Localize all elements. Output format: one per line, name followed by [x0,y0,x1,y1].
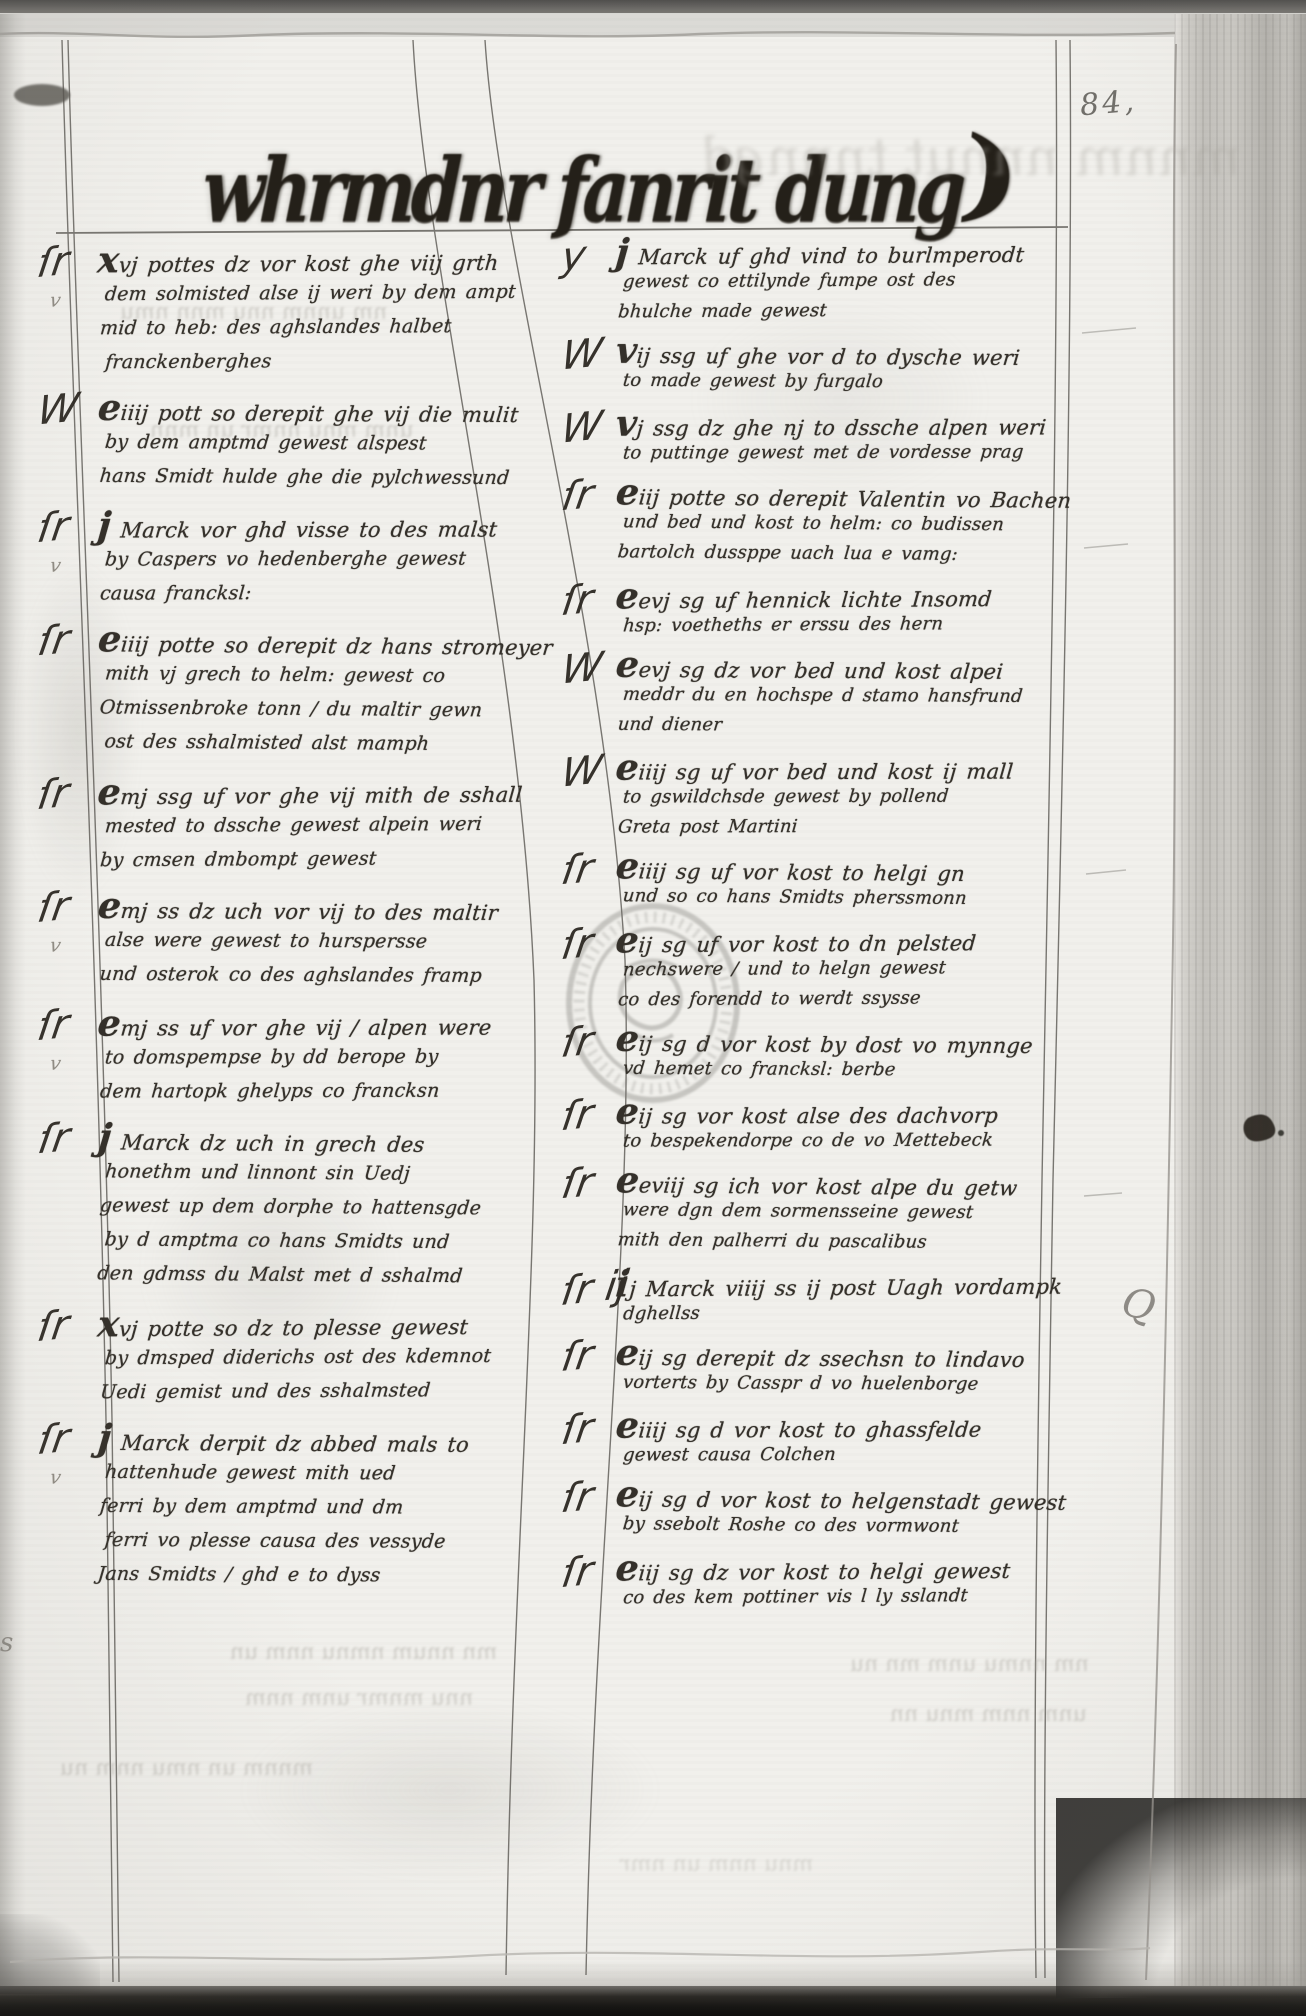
ledger-entry: ſr v emj ss dz uch vor vij to des maltir… [98,889,531,993]
script-line: were dgn dem sormensseine gewest [622,1195,1070,1228]
script-line: xvj potte so dz to plesse gewest [96,1305,531,1342]
entry-item-mark-icon: ſr [558,1091,596,1140]
bleed-through-heading: mnnm nnnut tnnngd [696,128,1246,188]
ledger-entry: ſr v xvj pottes dz vor kost ghe viij grt… [98,241,531,380]
script-line: ferri by dem amptmd und dm [98,1489,531,1525]
script-line: meddr du en hochspe d stamo hansfrund [622,680,1070,712]
ledger-entry: ſr eiiij sg uf vor kost to helgi gnund s… [616,851,1068,915]
script-line: eevj sg dz vor bed und kost alpei [615,650,1070,682]
entry-lines: eij sg vor kost alse des dachvorpto besp… [616,1095,1068,1156]
script-line: gewest co ettilynde fumpe ost des [622,265,1069,298]
script-line: eiiij potte so derepit dz hans stromeyer [97,622,532,659]
script-line: nechswere / und to helgn gewest [622,953,1069,986]
entry-lines: emj ss dz uch vor vij to des maltiralse … [98,889,531,993]
script-line: eij sg derepit dz ssechsn to lindavo [615,1338,1070,1370]
ledger-entry: ſr ij ij Marck viiij ss ij post Uagh vor… [616,1267,1068,1330]
entry-lines: j Marck dz uch in grech deshonethm und l… [97,1120,530,1293]
entry-lines: j Marck derpit dz abbed mals tohattenhud… [98,1421,531,1593]
entry-item-mark-icon: ſr [558,472,596,521]
entry-lines: eiiij sg d vor kost to ghassfeldegewest … [616,1409,1068,1470]
entry-item-mark-icon: ſr [558,576,595,625]
bleed-through-line: unm nnm mnu nn [888,1702,1088,1727]
script-line: emj ss dz uch vor vij to des maltir [97,889,532,925]
script-line: to bespekendorpe co de vo Mettebeck [622,1125,1070,1156]
paper-stain [240,1700,660,1880]
entry-item-mark-icon: ſr [34,883,72,932]
script-line: j Marck dz uch in grech des [97,1120,532,1157]
entry-lines: eij sg derepit dz ssechsn to lindavovort… [616,1338,1068,1400]
script-line: alse were gewest to hurspersse [103,923,531,959]
ledger-entry: ſr eij sg d vor kost to helgenstadt gewe… [616,1479,1068,1543]
scan-top-edge [0,0,1306,13]
script-line: eij sg vor kost alse des dachvorp [615,1095,1070,1126]
entry-lines: eiiij sg uf vor bed und kost ij mallto g… [616,751,1068,842]
ledger-entry: W vj ssg dz ghe nj to dssche alpen werit… [616,407,1068,468]
entry-lines: eij sg d vor kost by dost vo mynngevd he… [616,1024,1068,1086]
entry-item-mark-icon: ſr [558,1474,596,1523]
bleed-through-line: nnu mnmr unm nnm [243,1686,475,1711]
entry-item-mark-icon: W [558,330,605,380]
entry-lines: j Marck vor ghd visse to des malstby Cas… [98,507,530,610]
ledger-entry: ſr eiiij potte so derepit dz hans strome… [97,622,530,761]
script-line: ij Marck viiij ss ij post Uagh vordampk [615,1267,1069,1300]
script-line: den gdmss du Malst met d sshalmd [96,1256,531,1293]
ledger-entry: ſr v emj ss uf vor ghe vij / alpen weret… [98,1005,530,1108]
script-line: hattenhude gewest mith ued [104,1455,532,1491]
ledger-entry: ſr j Marck dz uch in grech deshonethm un… [97,1120,530,1293]
script-line: by cmsen dmbompt gewest [99,841,532,878]
ledger-entry: ſr eiiij sg d vor kost to ghassfeldegewe… [616,1409,1068,1470]
script-line: dem hartopk ghelyps co francksn [99,1073,532,1108]
script-line: j Marck vor ghd visse to des malst [96,507,531,542]
script-line: eiiij sg uf vor bed und kost ij mall [615,751,1070,782]
entry-check-mark-icon: v [48,935,63,957]
script-line: mested to dssche gewest alpein weri [104,807,532,844]
script-line: by dmsped diderichs ost des kdemnot [104,1339,532,1376]
script-line: to domspempse by dd berope by [104,1039,532,1074]
script-line: mith vj grech to helm: gewest co [104,656,532,693]
script-line: co des kem pottiner vis l ly sslandt [622,1581,1069,1614]
script-line: eij sg d vor kost to helgenstadt gewest [615,1479,1070,1513]
script-line: vij ssg uf ghe vor d to dysche weri [615,336,1070,368]
entry-item-mark-icon: ſr [34,1302,71,1351]
entry-lines: vj ssg dz ghe nj to dssche alpen werito … [616,407,1068,468]
script-line: eeviij sg ich vor kost alpe du getw [615,1165,1070,1199]
entry-lines: eiiij pott so derepit ghe vij die mulitb… [98,391,531,495]
stray-pen-mark: Q [1117,1279,1160,1332]
script-line: to gswildchsde gewest by pollend [622,781,1070,812]
script-line: emj ss uf vor ghe vij / alpen were [96,1005,531,1040]
ledger-entry: W eiiij pott so derepit ghe vij die muli… [98,391,531,495]
bottom-right-corner-shadow [1056,1798,1306,1998]
ledger-entry: ſr xvj potte so dz to plesse gewestby dm… [98,1305,531,1410]
paper-left-shadow [0,14,26,1988]
script-line: und bed und kost to helm: co budissen [622,507,1070,540]
script-line: Greta post Martini [617,811,1070,842]
fore-edge-line [1146,44,1176,1980]
paper-top-edge [0,13,1306,37]
script-line: eiiij pott so derepit ghe vij die mulit [97,391,532,427]
script-line: dem solmisted alse ij weri by dem ampt [104,275,532,312]
left-edge-note: s [0,1628,13,1658]
entry-lines: xvj pottes dz vor kost ghe viij grthdem … [98,241,531,380]
script-line: causa francksl: [99,575,532,610]
entry-check-mark-icon: v [48,555,63,577]
entry-lines: eij sg d vor kost to helgenstadt gewestb… [616,1479,1068,1543]
entry-item-mark-icon: y [558,232,588,280]
left-column: ſr v xvj pottes dz vor kost ghe viij grt… [98,242,530,1606]
script-line: Uedi gemist und des sshalmsted [99,1373,532,1410]
ledger-entry: W vij ssg uf ghe vor d to dysche werito … [616,336,1068,398]
script-line: mid to heb: des aghslandes halbet [99,309,532,346]
ledger-entry: W eiiij sg uf vor bed und kost ij mallto… [616,751,1068,842]
script-line: honethm und linnont sin Uedj [104,1154,532,1191]
entry-lines: emj ssg uf vor ghe vij mith de sshallmes… [98,773,531,878]
script-line: ferri vo plesse causa des vessyde [103,1523,531,1559]
entry-item-mark-icon: ſr [35,1415,73,1464]
ledger-entry: ſr eij sg d vor kost by dost vo mynngevd… [616,1024,1068,1086]
entry-item-mark-icon: ſr [558,1548,595,1597]
entry-item-mark-icon: ſr [558,1160,596,1209]
entry-lines: xvj potte so dz to plesse gewestby dmspe… [98,1305,531,1410]
entry-lines: eevj sg dz vor bed und kost alpeimeddr d… [616,650,1068,742]
entry-lines: eeviij sg ich vor kost alpe du getwwere … [616,1165,1069,1259]
entry-lines: j Marck uf ghd vind to burlmperodtgewest… [616,235,1069,328]
entry-item-mark-icon: W [34,385,81,435]
script-line: by ssebolt Roshe co des vormwont [621,1509,1069,1542]
ledger-entry: ſr v j Marck vor ghd visse to des malstb… [98,507,530,610]
script-line: eiiij sg uf vor kost to helgi gn [615,851,1070,885]
script-line: eiiij sg d vor kost to ghassfelde [615,1409,1070,1440]
entry-item-mark-icon: ſr [34,770,71,819]
ledger-entry: y j Marck uf ghd vind to burlmperodtgewe… [616,235,1069,328]
manuscript-scan: whrmdnr fanrit dung ) 84, mnnm nnnut tnn… [0,0,1306,2016]
entry-item-mark-icon: W [558,644,605,694]
entry-lines: emj ss uf vor ghe vij / alpen wereto dom… [98,1005,530,1108]
script-line: co des forendd to werdt ssysse [617,983,1069,1016]
entry-lines: eij sg uf vor kost to dn pelstednechswer… [616,923,1069,1016]
entry-lines: eevj sg uf hennick lichte Insomdhsp: voe… [616,579,1068,642]
entry-item-mark-icon: ſr [34,503,72,552]
script-line: j Marck derpit dz abbed mals to [97,1421,532,1457]
script-line: mith den palherri du pascalibus [616,1225,1069,1259]
script-line: j Marck uf ghd vind to burlmperodt [615,235,1069,268]
right-column: y j Marck uf ghd vind to burlmperodtgewe… [616,236,1068,1623]
bleed-through-line: mnnm un nmu nnm nu [58,1756,315,1781]
entry-lines: eiij potte so derepit Valentin vo Bachen… [616,477,1069,571]
entry-lines: eiiij sg uf vor kost to helgi gnund so c… [616,851,1068,915]
script-line: gewest up dem dorphe to hattensgde [98,1188,531,1225]
bleed-through-line: nm nnmu unm mn nu [848,1652,1090,1677]
entry-item-mark-icon: ſr [34,1001,72,1050]
ledger-entry: ſr eeviij sg ich vor kost alpe du getwwe… [616,1165,1069,1259]
entry-check-mark-icon: v [48,1467,63,1489]
script-line: gewest causa Colchen [622,1439,1070,1470]
bleed-through-line: mn nnum nmnu nnm un [228,1640,499,1665]
script-line: eij sg uf vor kost to dn pelsted [615,923,1069,956]
ledger-entry: ſr eij sg derepit dz ssechsn to lindavov… [616,1338,1068,1400]
ledger-entry: ſr eiij potte so derepit Valentin vo Bac… [616,477,1069,571]
bleed-through-line: mnu nnm un nmr [618,1852,815,1877]
script-line: vj ssg dz ghe nj to dssche alpen weri [615,407,1070,438]
entry-item-mark-icon: ſr [558,1405,596,1454]
script-line: to made gewest by furgalo [622,366,1070,398]
entry-item-mark-icon: ſr [35,617,73,666]
entry-lines: vij ssg uf ghe vor d to dysche werito ma… [616,336,1068,398]
script-line: eij sg d vor kost by dost vo mynnge [615,1024,1070,1056]
entry-item-mark-icon: ſr [558,1018,596,1067]
entry-item-mark-icon: ſr [558,920,595,969]
ledger-entry: ſr eiij sg dz vor kost to helgi gewestco… [616,1551,1068,1614]
entry-item-mark-icon: ſr [34,238,71,287]
script-line: by dem amptmd gewest alspest [103,425,531,461]
entry-item-mark-icon: ſr [558,1332,596,1381]
bottom-left-corner-shadow [0,1914,100,1994]
script-line: xvj pottes dz vor kost ghe viij grth [96,241,531,278]
script-line: by d amptma co hans Smidts und [103,1222,531,1259]
entry-item-mark-icon: W [558,403,605,453]
entry-check-mark-icon: v [48,1053,63,1075]
script-line: und osterok co des aghslandes framp [98,957,531,993]
script-line: Jans Smidts / ghd e to dyss [96,1557,531,1593]
entry-lines: eiij sg dz vor kost to helgi gewestco de… [616,1551,1068,1614]
ledger-entry: W eevj sg dz vor bed und kost alpeimeddr… [616,650,1068,742]
script-line: emj ssg uf vor ghe vij mith de sshall [96,773,531,810]
script-line: eiij potte so derepit Valentin vo Bachen [615,477,1070,511]
script-line: und diener [616,710,1069,742]
script-line: eiij sg dz vor kost to helgi gewest [615,1551,1069,1584]
script-line: eevj sg uf hennick lichte Insomd [615,579,1069,612]
script-line: vorterts by Casspr d vo huelenborge [622,1368,1070,1400]
script-line: hans Smidt hulde ghe die pylchwessund [98,459,531,495]
script-line: hsp: voetheths er erssu des hern [622,609,1069,642]
ledger-entry: ſr eij sg vor kost alse des dachvorpto b… [616,1095,1068,1156]
page-heading: whrmdnr fanrit dung ) [205,112,765,230]
entry-check-mark-icon: v [48,290,62,312]
script-line: bhulche made gewest [617,295,1069,328]
script-line: Otmissenbroke tonn / du maltir gewn [98,690,531,727]
ledger-entry: ſr v j Marck derpit dz abbed mals tohatt… [98,1421,531,1593]
ledger-entry: ſr eevj sg uf hennick lichte Insomdhsp: … [616,579,1068,642]
entry-lines: ij Marck viiij ss ij post Uagh vordampkd… [616,1267,1068,1330]
script-line: dghellss [622,1297,1069,1330]
entry-lines: eiiij potte so derepit dz hans stromeyer… [97,622,530,761]
entry-item-mark-icon: ſr [558,846,596,895]
ledger-entry: ſr eij sg uf vor kost to dn pelstednechs… [616,923,1069,1016]
margin-dashes [1082,328,1136,1196]
entry-item-mark-icon: W [558,747,605,797]
script-line: vd hemet co francksl: berbe [622,1054,1070,1086]
ledger-entry: ſr emj ssg uf vor ghe vij mith de sshall… [98,773,531,878]
script-line: und so co hans Smidts pherssmonn [621,881,1069,914]
script-line: bartolch dussppe uach lua e vamg: [616,537,1069,571]
page-number: 84, [1079,84,1139,124]
script-line: by Caspers vo hedenberghe gewest [104,541,532,576]
script-line: ost des sshalmisted alst mamph [103,724,531,761]
script-line: to puttinge gewest met de vordesse prag [622,437,1070,468]
entry-item-mark-icon: ſr [35,1115,73,1164]
script-line: franckenberghes [104,343,532,380]
book-fore-edge [1174,14,1306,1988]
